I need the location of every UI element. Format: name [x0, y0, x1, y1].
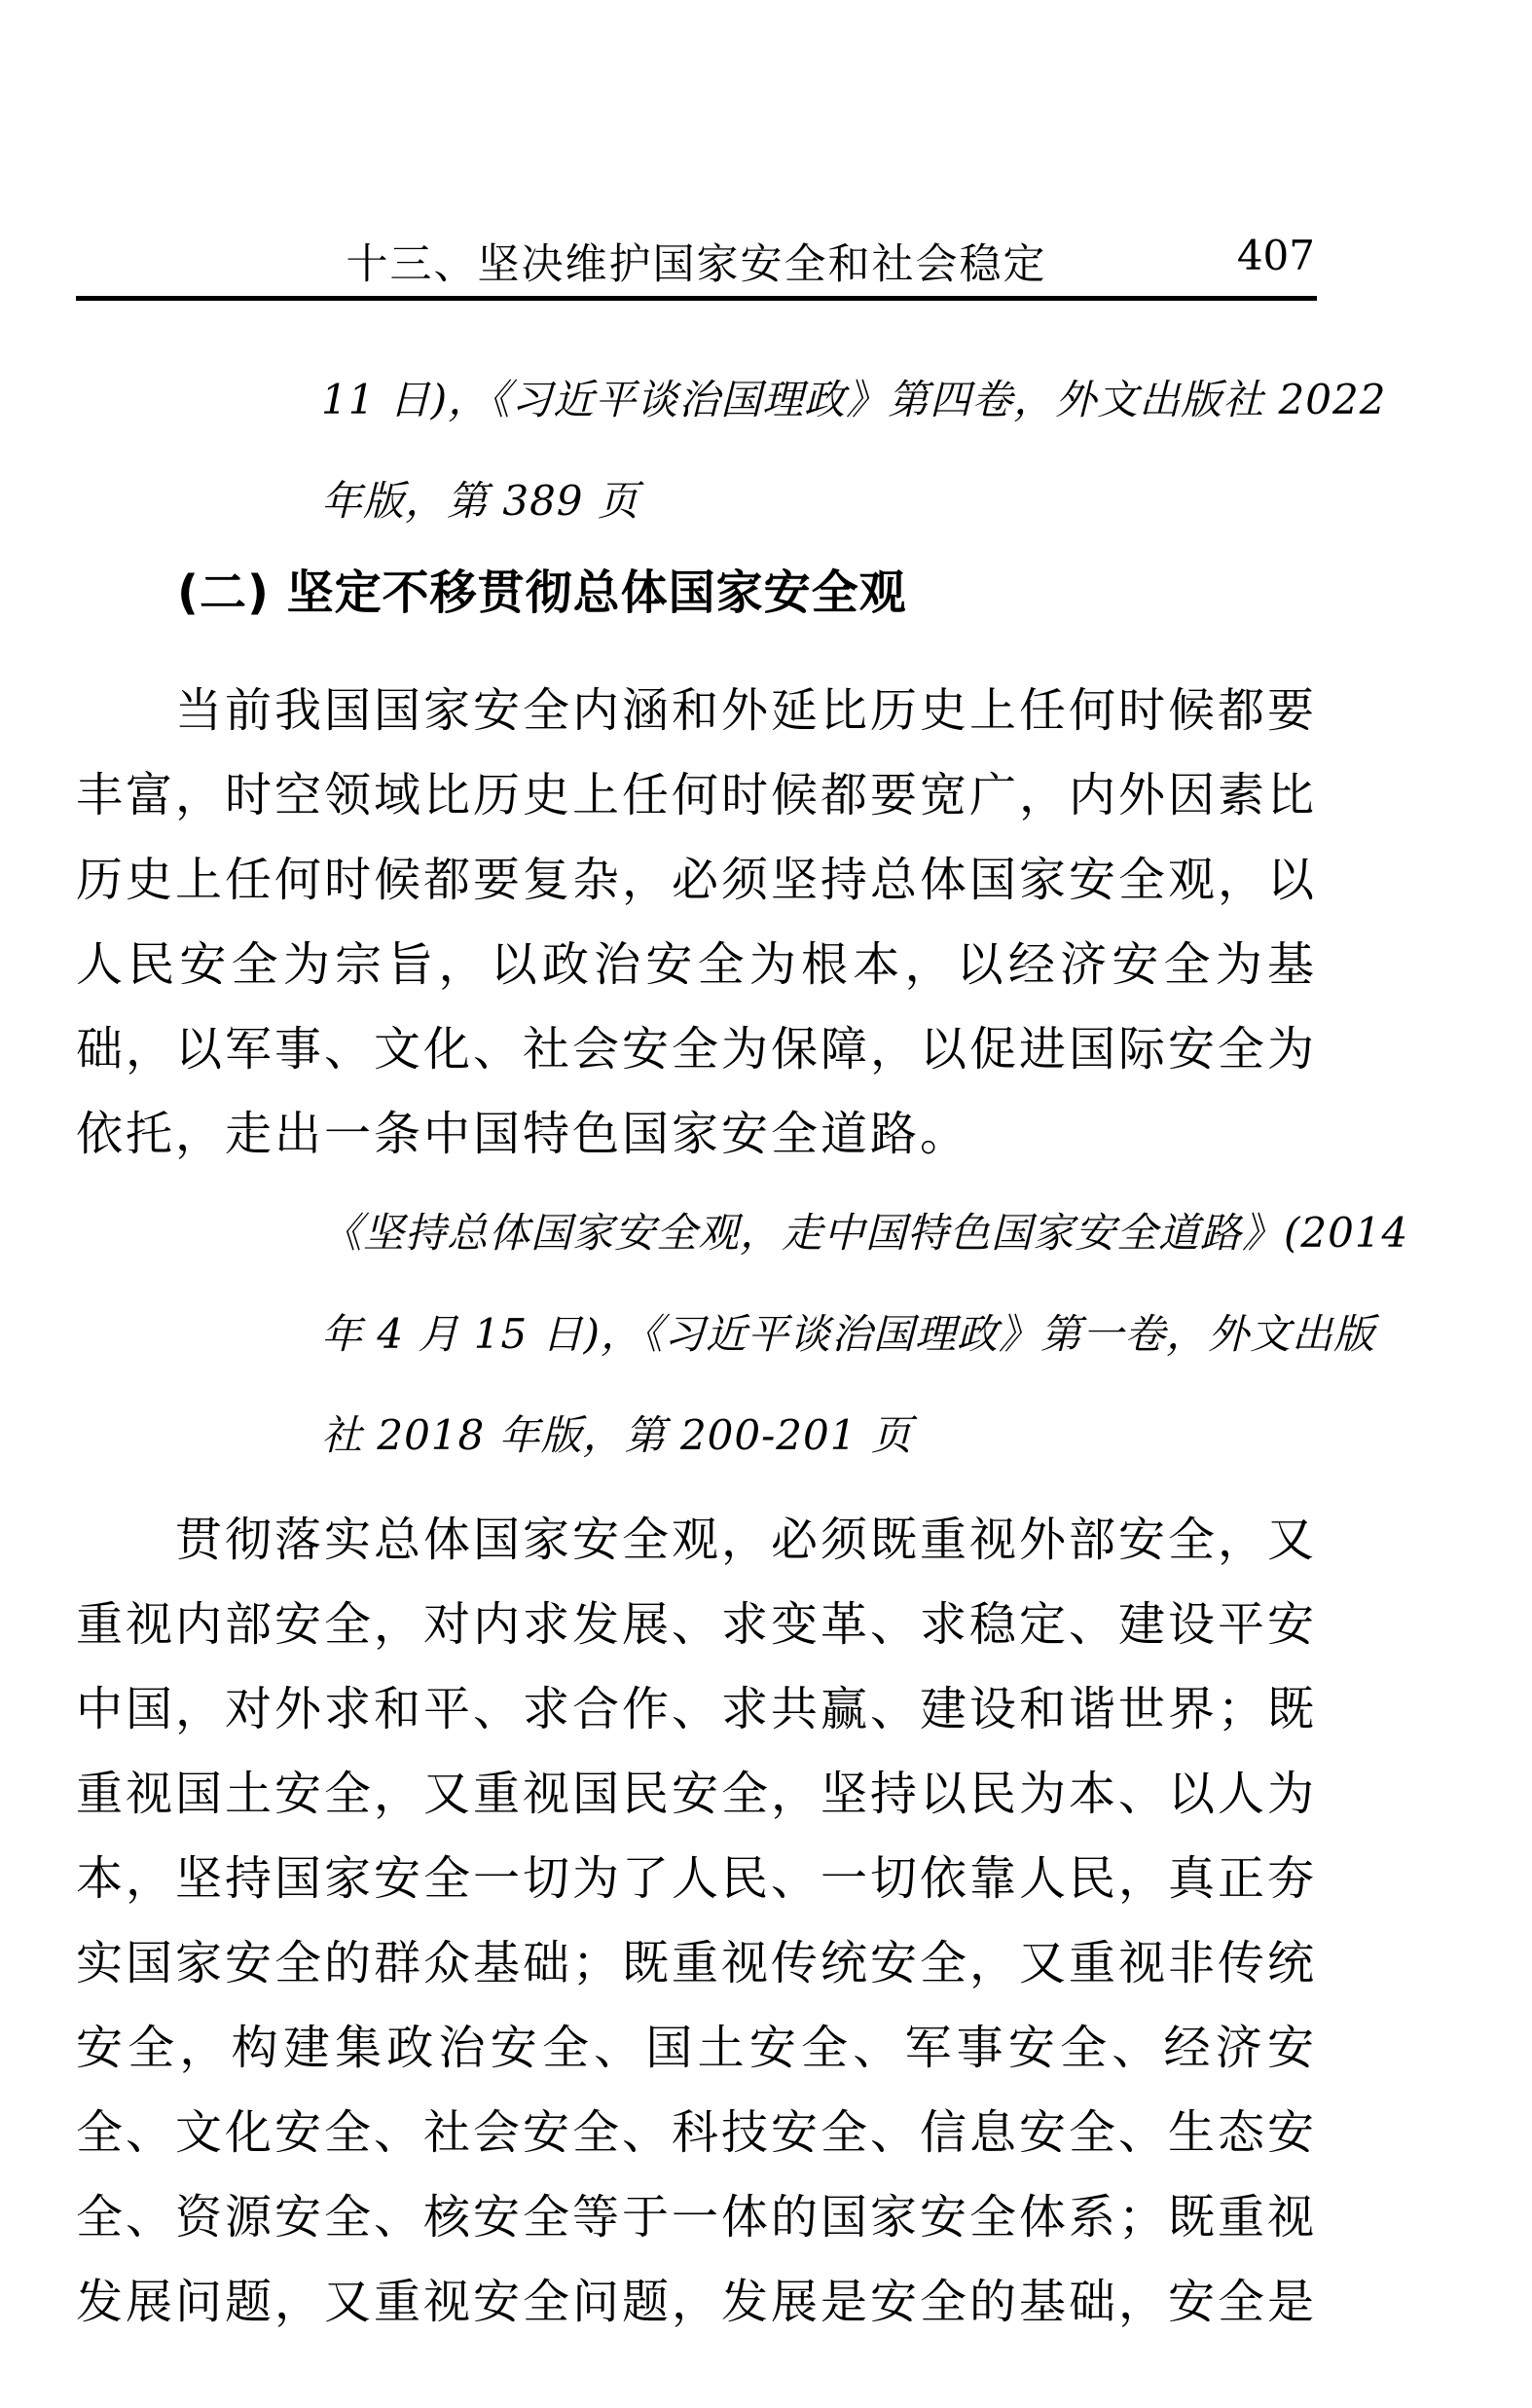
- section-heading: (二) 坚定不移贯彻总体国家安全观: [177, 564, 1317, 622]
- paragraph-2: 贯彻落实总体国家安全观，必须既重视外部安全，又重视内部安全，对内求发展、求变革、…: [76, 1498, 1317, 2345]
- page-content: 十三、坚决维护国家安全和社会稳定 407 11 日)，《习近平谈治国理政》第四卷…: [76, 0, 1317, 2345]
- citation-top-line-2: 年版，第 389 页: [321, 451, 1317, 552]
- citation-top-line-1: 11 日)，《习近平谈治国理政》第四卷，外文出版社 2022: [321, 349, 1317, 451]
- running-header: 十三、坚决维护国家安全和社会稳定 407: [76, 232, 1317, 288]
- citation-source-top: 11 日)，《习近平谈治国理政》第四卷，外文出版社 2022 年版，第 389 …: [321, 349, 1317, 552]
- chapter-title: 十三、坚决维护国家安全和社会稳定: [347, 240, 1047, 289]
- citation-source-mid: 《坚持总体国家安全观，走中国特色国家安全道路》(2014 年 4 月 15 日)…: [321, 1183, 1317, 1486]
- citation-mid-line-1: 《坚持总体国家安全观，走中国特色国家安全道路》(2014: [321, 1183, 1317, 1284]
- citation-mid-line-3: 社 2018 年版，第 200-201 页: [321, 1385, 1317, 1486]
- page-number: 407: [1237, 232, 1315, 279]
- paragraph-1: 当前我国国家安全内涵和外延比历史上任何时候都要丰富，时空领域比历史上任何时候都要…: [76, 669, 1317, 1177]
- header-rule: [76, 296, 1317, 301]
- book-page: 十三、坚决维护国家安全和社会稳定 407 11 日)，《习近平谈治国理政》第四卷…: [0, 0, 1532, 2408]
- citation-mid-line-2: 年 4 月 15 日)，《习近平谈治国理政》第一卷，外文出版: [321, 1284, 1317, 1385]
